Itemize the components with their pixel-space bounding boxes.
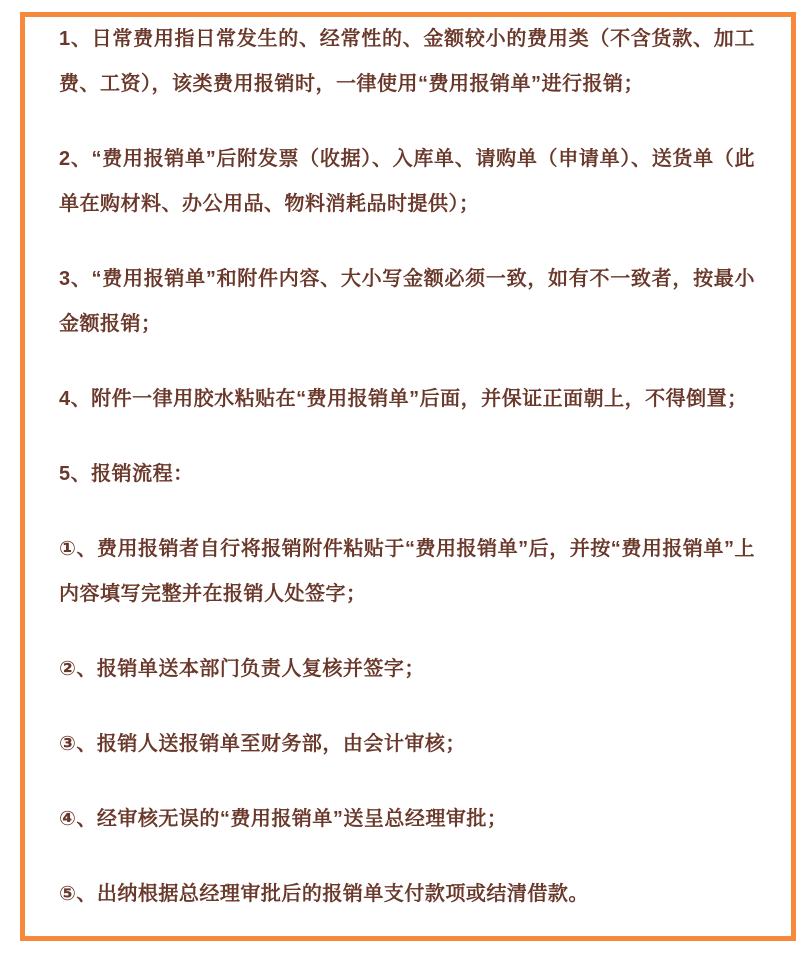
page: { "page": { "background_color": "#ffffff… [0, 0, 808, 977]
process-step-4: ④、经审核无误的“费用报销单”送呈总经理审批； [59, 797, 755, 842]
rule-item-3: 3、“费用报销单”和附件内容、大小写金额必须一致，如有不一致者，按最小金额报销； [59, 257, 755, 347]
process-step-1: ①、费用报销者自行将报销附件粘贴于“费用报销单”后，并按“费用报销单”上内容填写… [59, 527, 755, 617]
rule-item-5: 5、报销流程： [59, 452, 755, 497]
rule-item-2: 2、“费用报销单”后附发票（收据）、入库单、请购单（申请单）、送货单（此单在购材… [59, 137, 755, 227]
process-step-5: ⑤、出纳根据总经理审批后的报销单支付款项或结清借款。 [59, 872, 755, 917]
rule-item-4: 4、附件一律用胶水粘贴在“费用报销单”后面，并保证正面朝上，不得倒置； [59, 377, 755, 422]
process-step-3: ③、报销人送报销单至财务部，由会计审核； [59, 722, 755, 767]
process-step-2: ②、报销单送本部门负责人复核并签字； [59, 647, 755, 692]
rule-item-1: 1、日常费用指日常发生的、经常性的、金额较小的费用类（不含货款、加工费、工资），… [59, 17, 755, 107]
document-frame: 1、日常费用指日常发生的、经常性的、金额较小的费用类（不含货款、加工费、工资），… [20, 12, 796, 941]
